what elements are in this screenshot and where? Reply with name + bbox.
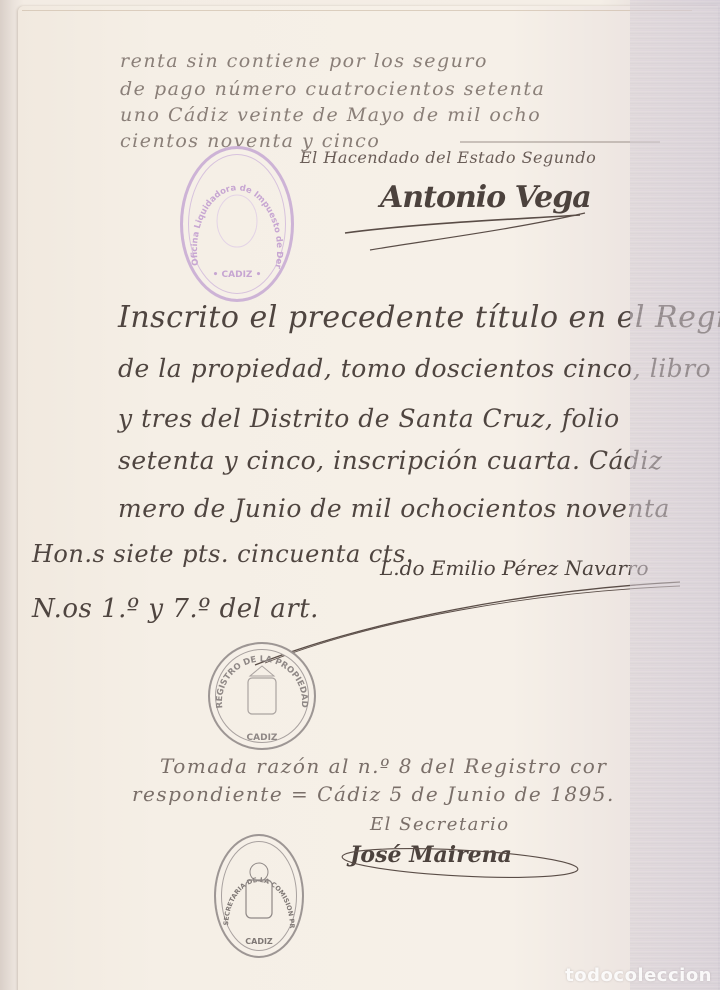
registry-coat-of-arms-icon: REGISTRO DE LA PROPIEDAD CADIZ — [210, 644, 314, 748]
tax-office-title: El Hacendado del Estado Segundo — [300, 148, 596, 167]
stamp-seal-icon: Oficina Liquidadora de Impuesto de Derec… — [183, 149, 291, 299]
secretary-flourish — [340, 845, 580, 885]
top-line-1: renta sin contiene por los seguro — [120, 50, 488, 72]
provincial-stamp: SECRETARIA DE LA COMISION PROVINCIAL CAD… — [214, 834, 304, 958]
top-line-2: de pago número cuatrocientos setenta — [120, 78, 545, 100]
tax-office-stamp: Oficina Liquidadora de Impuesto de Derec… — [180, 146, 294, 302]
signature-flourish — [340, 205, 600, 255]
note-line-1: Tomada razón al n.º 8 del Registro cor — [160, 754, 607, 778]
registry-line-4: setenta y cinco, inscripción cuarta. Cád… — [118, 446, 663, 475]
svg-text:CADIZ: CADIZ — [247, 733, 278, 743]
note-secretary-label: El Secretario — [370, 814, 510, 835]
registry-stamp: REGISTRO DE LA PROPIEDAD CADIZ REGISTRO … — [208, 642, 316, 750]
registrar-flourish — [250, 560, 690, 670]
svg-text:• CADIZ •: • CADIZ • — [213, 270, 262, 280]
registry-line-5: mero de Junio de mil ochocientos noventa — [118, 494, 670, 523]
provincial-coat-of-arms-icon: SECRETARIA DE LA COMISION PROVINCIAL CAD… — [216, 836, 302, 956]
watermark: todocoleccion — [565, 965, 712, 986]
svg-text:CADIZ: CADIZ — [245, 937, 273, 946]
top-line-3: uno Cádiz veinte de Mayo de mil ocho — [120, 104, 541, 126]
registry-line-3: y tres del Distrito de Santa Cruz, folio — [118, 404, 620, 433]
registry-line-2: de la propiedad, tomo doscientos cinco, … — [118, 354, 711, 383]
svg-text:Oficina Liquidadora de Impuest: Oficina Liquidadora de Impuesto de Derec… — [183, 149, 284, 270]
paper-torn-edge — [22, 10, 692, 15]
note-line-2: respondiente = Cádiz 5 de Junio de 1895. — [132, 782, 615, 806]
svg-text:REGISTRO DE LA PROPIEDAD: REGISTRO DE LA PROPIEDAD — [215, 654, 309, 708]
svg-text:SECRETARIA DE LA COMISION PROV: SECRETARIA DE LA COMISION PROVINCIAL — [216, 836, 296, 929]
right-edge-scan-blur — [630, 0, 720, 990]
